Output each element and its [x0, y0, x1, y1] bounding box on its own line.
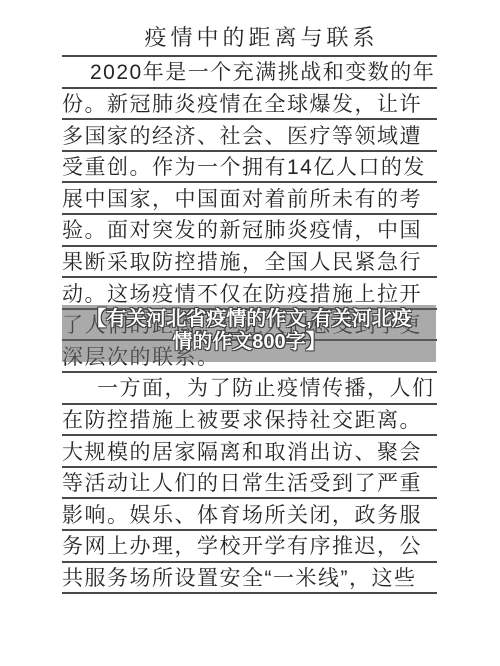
- essay-line: 影响。娱乐、体育场所关闭，政务服: [62, 499, 437, 531]
- essay-line: 果断采取防控措施，全国人民紧急行: [62, 247, 437, 279]
- essay-sheet: 疫情中的距离与联系 2020年是一个充满挑战和变数的年份。新冠肺炎疫情在全球爆发…: [62, 0, 437, 594]
- essay-line-text: 动。这场疫情不仅在防疫措施上拉开: [62, 282, 422, 307]
- essay-line-text: 共服务场所设置安全“一米线”，这些: [62, 566, 417, 591]
- essay-line-text: 受重创。作为一个拥有14亿人口的发: [62, 155, 426, 180]
- watermark-overlay: 【有关河北省疫情的作文,有关河北疫 情的作文800字】: [62, 305, 436, 362]
- essay-line-text: 大规模的居家隔离和取消出访、聚会: [62, 440, 422, 465]
- essay-title: 疫情中的距离与联系: [144, 21, 378, 52]
- essay-line-text: 展中国家，中国面对着前所未有的考: [62, 187, 422, 212]
- essay-title-row: 疫情中的距离与联系: [62, 0, 437, 57]
- essay-line-text: 2020年是一个充满挑战和变数的年: [90, 60, 435, 85]
- essay-line: 展中国家，中国面对着前所未有的考: [62, 183, 437, 215]
- essay-page: 疫情中的距离与联系 2020年是一个充满挑战和变数的年份。新冠肺炎疫情在全球爆发…: [0, 0, 500, 666]
- essay-line: 受重创。作为一个拥有14亿人口的发: [62, 152, 437, 184]
- watermark-text-line: 情的作文800字】: [172, 331, 325, 354]
- essay-line: 份。新冠肺炎疫情在全球爆发，让许: [62, 89, 437, 121]
- essay-line-text: 多国家的经济、社会、医疗等领域遭: [62, 124, 422, 149]
- essay-line-text: 验。面对突发的新冠肺炎疫情，中国: [62, 218, 422, 243]
- essay-line-text: 务网上办理，学校开学有序推迟，公: [62, 534, 422, 559]
- essay-line: 等活动让人们的日常生活受到了严重: [62, 468, 437, 500]
- essay-line: 一方面，为了防止疫情传播，人们: [62, 373, 437, 405]
- essay-line-text: 在防控措施上被要求保持社交距离。: [62, 408, 422, 433]
- essay-line: 大规模的居家隔离和取消出访、聚会: [62, 436, 437, 468]
- essay-line: 共服务场所设置安全“一米线”，这些: [62, 563, 437, 595]
- essay-line: 2020年是一个充满挑战和变数的年: [62, 57, 437, 89]
- essay-line-text: 果断采取防控措施，全国人民紧急行: [62, 250, 422, 275]
- essay-line: 务网上办理，学校开学有序推迟，公: [62, 531, 437, 563]
- essay-line-text: 影响。娱乐、体育场所关闭，政务服: [62, 503, 422, 528]
- essay-line: 多国家的经济、社会、医疗等领域遭: [62, 120, 437, 152]
- essay-line-text: 一方面，为了防止疫情传播，人们: [97, 376, 435, 401]
- essay-line: 验。面对突发的新冠肺炎疫情，中国: [62, 215, 437, 247]
- essay-line-text: 等活动让人们的日常生活受到了严重: [62, 471, 422, 496]
- essay-line: 在防控措施上被要求保持社交距离。: [62, 405, 437, 437]
- watermark-text-line: 【有关河北省疫情的作文,有关河北疫: [86, 308, 412, 331]
- essay-line-text: 份。新冠肺炎疫情在全球爆发，让许: [62, 92, 422, 117]
